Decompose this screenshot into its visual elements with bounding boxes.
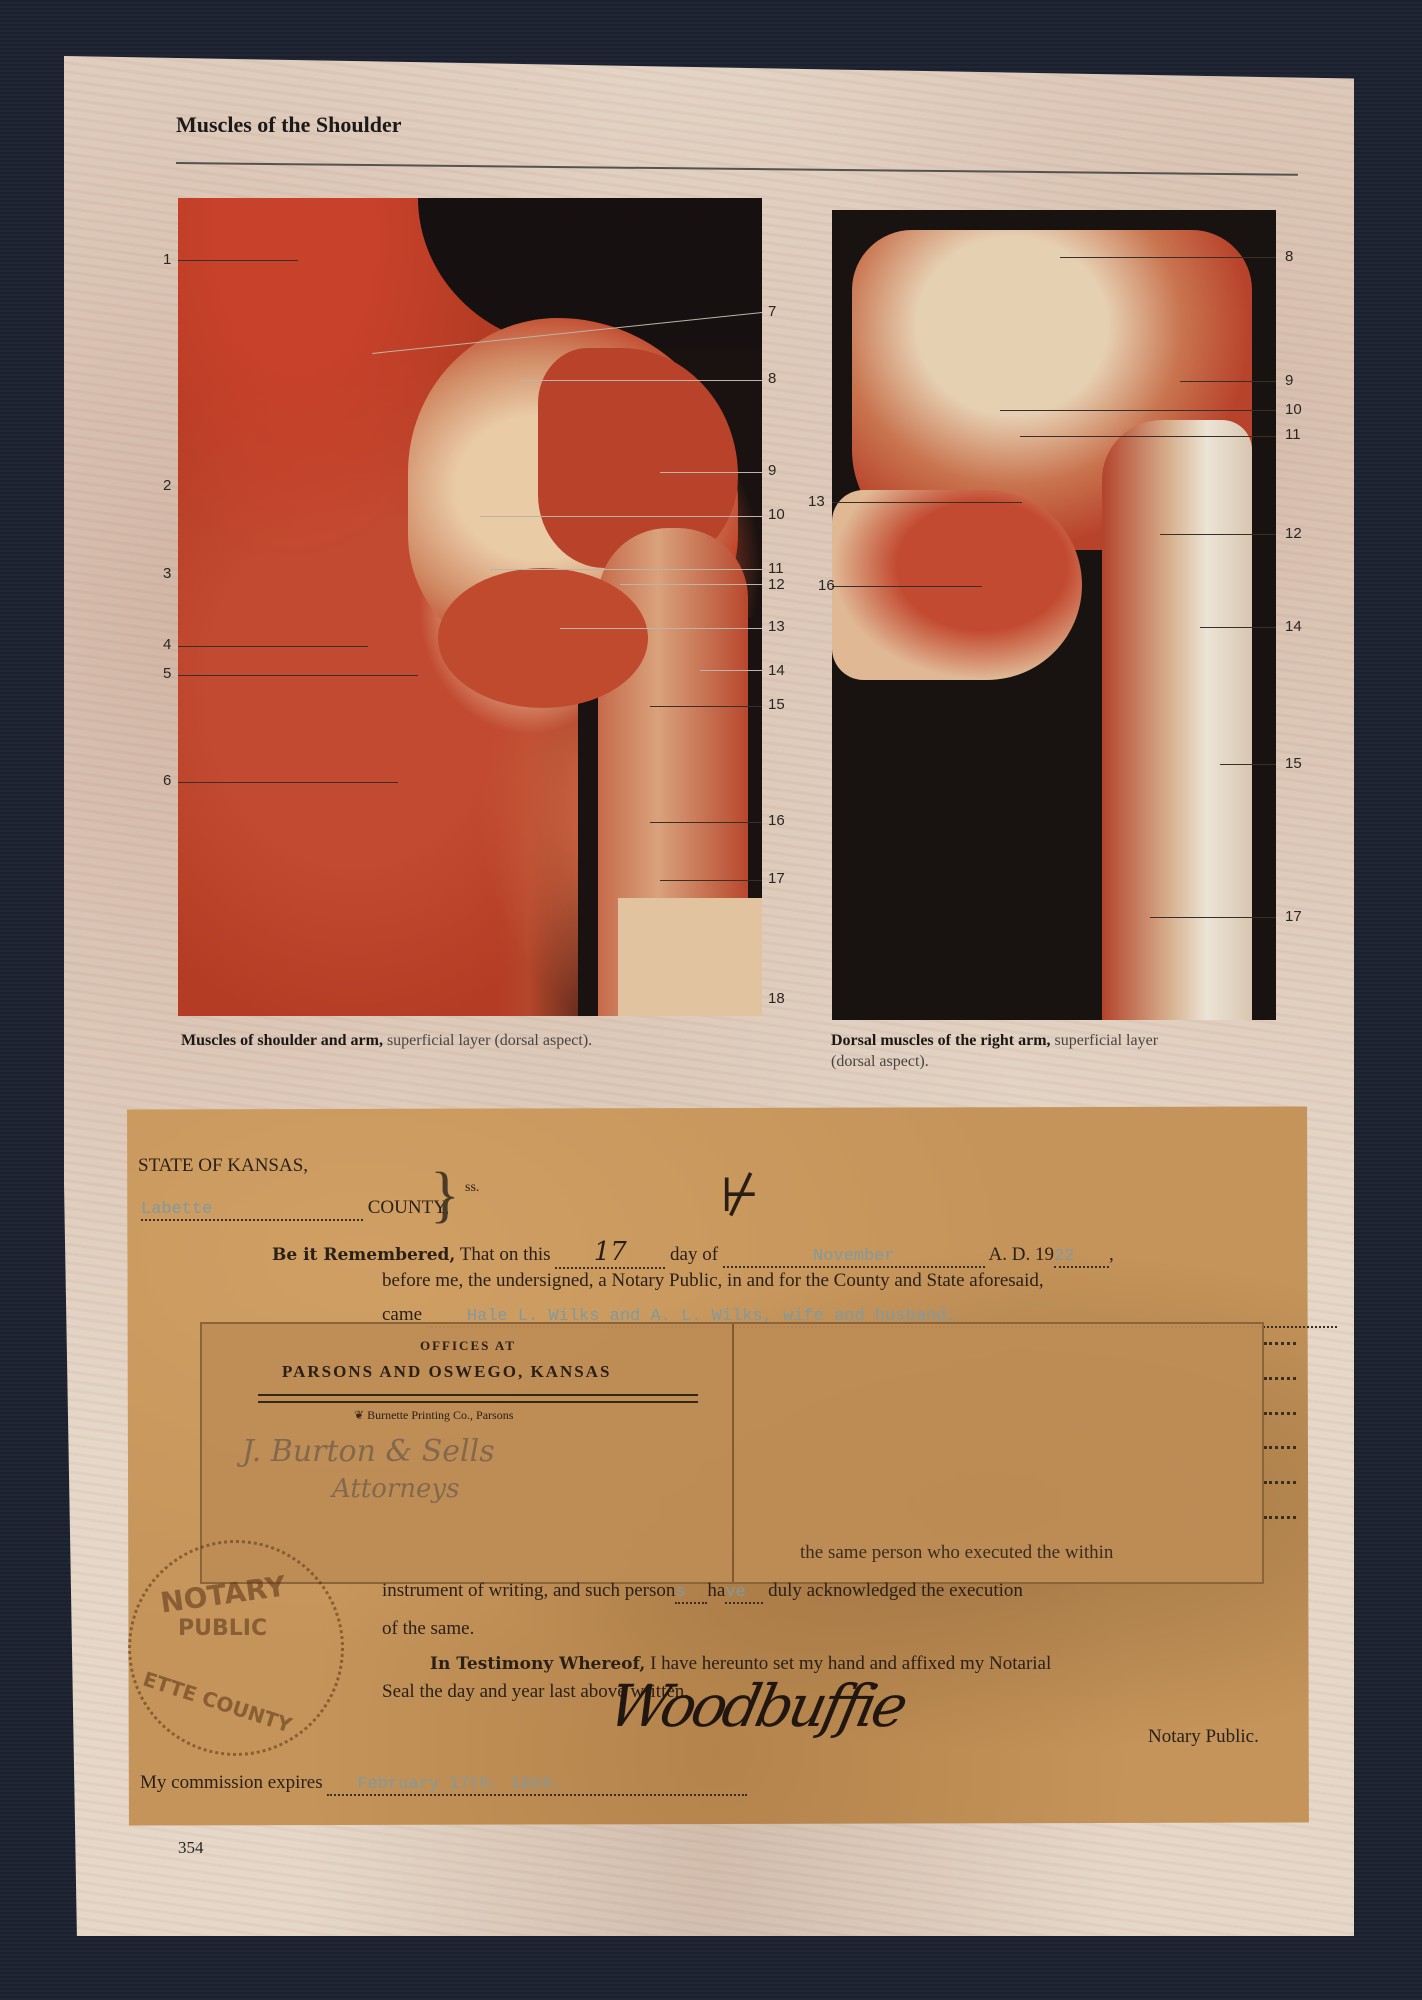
leader-line [1020, 436, 1276, 437]
leader-line [178, 675, 418, 676]
leader-line [1160, 534, 1276, 535]
leader-line [832, 586, 982, 587]
figure-label: 9 [768, 462, 776, 479]
figure-label: 8 [1285, 248, 1293, 265]
card-divider [732, 1324, 734, 1582]
remembered-line: Be it Remembered, That on this 17 day of… [272, 1237, 1114, 1269]
pencil-writing: Attorneys [332, 1474, 459, 1504]
form-dotted-line [1264, 1516, 1296, 1519]
year-typed: 22 [1054, 1247, 1074, 1266]
figure-label: 10 [768, 506, 785, 523]
leader-line [1000, 410, 1276, 411]
figure-label: 17 [768, 870, 785, 887]
card-double-rule [258, 1394, 698, 1403]
leader-line [660, 472, 762, 473]
figure-label: 12 [1285, 525, 1302, 542]
figure-label: 13 [768, 618, 785, 635]
figure-label: 1 [163, 251, 171, 268]
leader-line [490, 569, 762, 570]
figure-label: 6 [163, 772, 171, 789]
notary-public-label: Notary Public. [1148, 1726, 1259, 1748]
county-line: Labette COUNTY, [141, 1197, 449, 1221]
handwritten-mark: ⊬ [720, 1168, 760, 1222]
leader-line [178, 782, 398, 783]
figure-label: 10 [1285, 401, 1302, 418]
state-line: STATE OF KANSAS, [138, 1155, 308, 1177]
within-line: the same person who executed the within [800, 1542, 1113, 1564]
brace: } [430, 1160, 460, 1231]
leader-line [1220, 764, 1276, 765]
day-handwritten: 17 [594, 1237, 627, 1267]
form-dotted-line [1264, 1377, 1296, 1380]
leader-line [660, 880, 762, 881]
figure-label: 4 [163, 636, 171, 653]
figure-label: 11 [1285, 426, 1301, 443]
figure-label: 8 [768, 370, 776, 387]
ss-mark: ss. [465, 1180, 479, 1196]
page-number: 354 [178, 1838, 204, 1858]
page-title: Muscles of the Shoulder [176, 112, 402, 138]
leader-line [620, 584, 762, 585]
leader-line [520, 380, 762, 381]
figure-left-caption: Muscles of shoulder and arm, superficial… [181, 1030, 592, 1051]
figure-label: 7 [768, 303, 776, 320]
figure-label: 9 [1285, 372, 1293, 389]
leader-line [1150, 917, 1276, 918]
figure-label: 13 [808, 493, 825, 510]
leader-line [832, 502, 1022, 503]
form-dotted-line [1264, 1412, 1296, 1415]
figure-label: 14 [1285, 618, 1302, 635]
figure-label: 11 [768, 560, 784, 577]
figure-label: 15 [1285, 755, 1302, 772]
leader-line [178, 646, 368, 647]
figure-label: 12 [768, 576, 785, 593]
figure-label: 5 [163, 665, 171, 682]
instrument-line: instrument of writing, and such personsh… [382, 1580, 1023, 1604]
seal-text: PUBLIC [178, 1616, 267, 1641]
printer-credit: ❦ Burnette Printing Co., Parsons [354, 1408, 513, 1423]
commission-typed: February 17th. 1924. [357, 1775, 561, 1794]
leader-line [1060, 257, 1276, 258]
figure-label: 16 [768, 812, 785, 829]
leader-line [650, 706, 762, 707]
county-typed: Labette [141, 1200, 212, 1219]
leader-line [1200, 627, 1276, 628]
notary-seal-stamp [128, 1540, 344, 1756]
figure-right-arm-image [832, 210, 1276, 1020]
form-dotted-line [1264, 1342, 1296, 1345]
leader-line [700, 670, 762, 671]
pencil-writing: J. Burton & Sells [242, 1434, 495, 1469]
leader-line [1180, 381, 1276, 382]
figure-right-caption: Dorsal muscles of the right arm, superfi… [831, 1030, 1158, 1072]
office-cities: PARSONS AND OSWEGO, KANSAS [282, 1362, 611, 1382]
month-typed: November [813, 1247, 895, 1266]
ornament-icon: ❦ [354, 1408, 367, 1422]
form-dotted-line [1264, 1446, 1296, 1449]
leader-line [178, 260, 298, 261]
figure-label: 17 [1285, 908, 1302, 925]
leader-line [650, 822, 762, 823]
commission-line: My commission expires February 17th. 192… [140, 1772, 747, 1796]
leader-line [480, 516, 762, 517]
notary-signature: Woodbuffie [603, 1672, 910, 1740]
offices-at: OFFICES AT [420, 1338, 516, 1354]
leader-line [560, 628, 762, 629]
figure-label: 2 [163, 477, 171, 494]
undersigned-line: before me, the undersigned, a Notary Pub… [382, 1270, 1044, 1292]
figure-label: 3 [163, 565, 171, 582]
figure-label: 15 [768, 696, 785, 713]
of-same-line: of the same. [382, 1618, 474, 1640]
form-dotted-line [1264, 1481, 1296, 1484]
figure-label: 14 [768, 662, 785, 679]
figure-label: 16 [818, 577, 835, 594]
figure-label: 18 [768, 990, 785, 1007]
